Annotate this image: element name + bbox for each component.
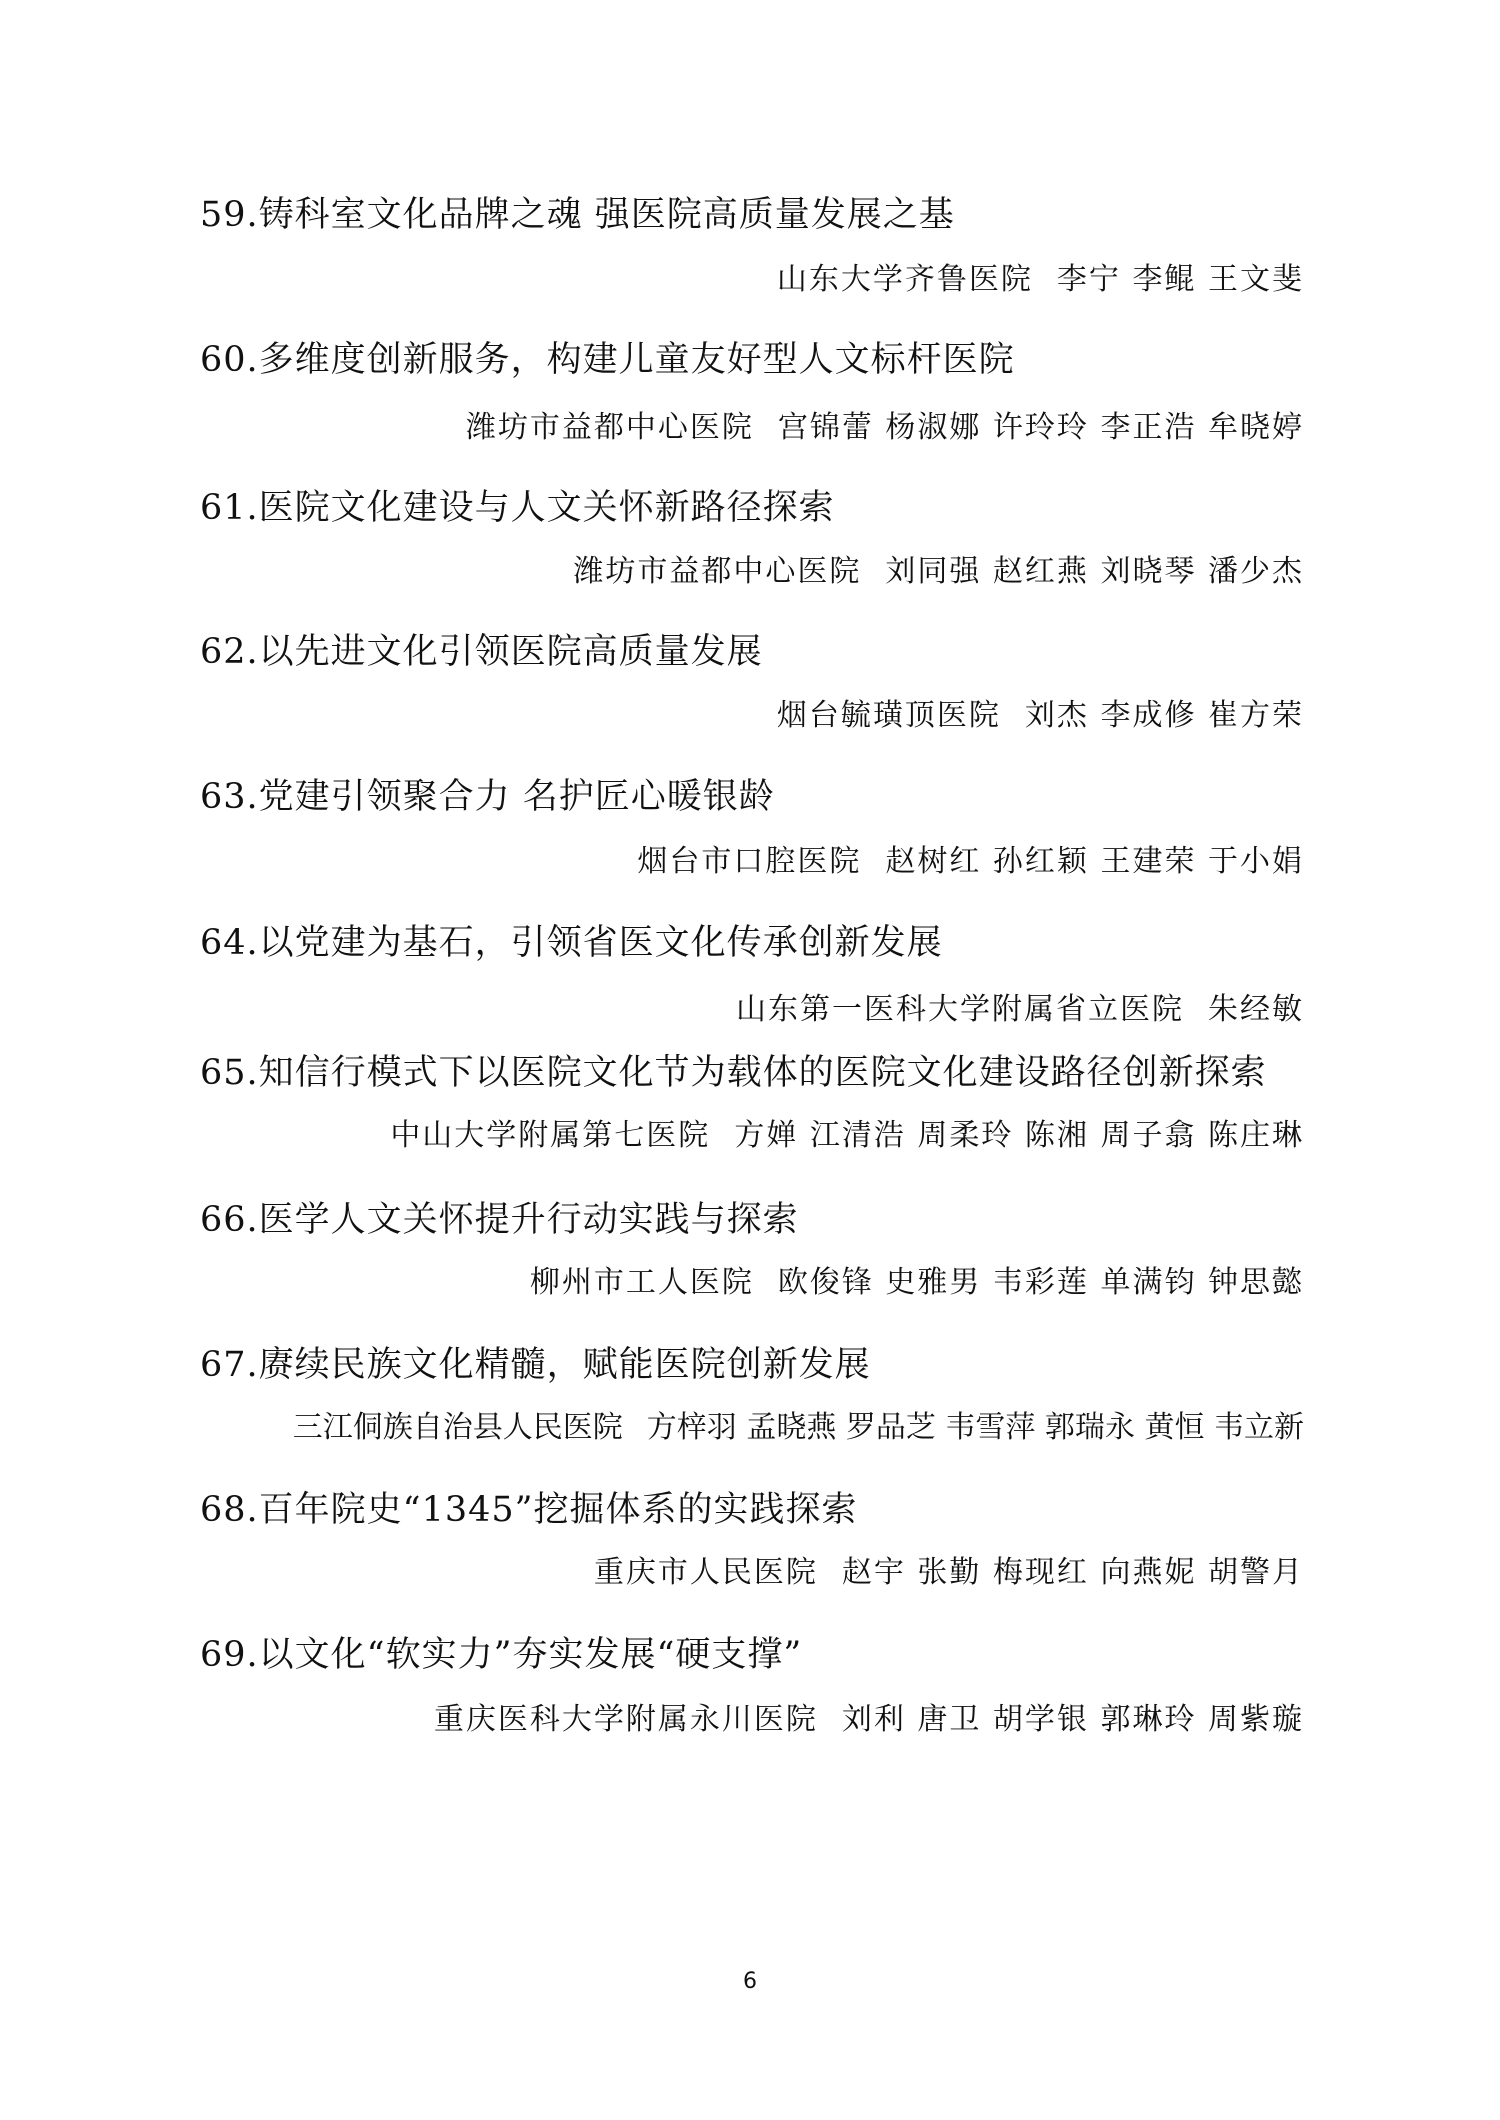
entry-author-line: 重庆医科大学附属永川医院刘利 唐卫 胡学银 郭琳玲 周紫璇 [434,1700,1304,1740]
entry-organization: 柳州市工人医院 [530,1265,754,1300]
entry-author-line: 中山大学附属第七医院方婵 江清浩 周柔玲 陈湘 周子翕 陈庄琳 [390,1116,1304,1156]
entry-author-line: 三江侗族自治县人民医院方梓羽 孟晓燕 罗品芝 韦雪萍 郭瑞永 黄恒 韦立新 [293,1408,1304,1448]
entry-author-line: 烟台毓璜顶医院刘杰 李成修 崔方荣 [777,696,1304,736]
entry-title-text: 赓续民族文化精髓，赋能医院创新发展 [259,1345,871,1385]
page-number: 6 [0,1966,1500,1998]
entry-title-text: 以文化“软实力”夯实发展“硬支撑” [259,1635,803,1675]
entry-number: 67. [200,1345,259,1385]
entry-title-text: 以党建为基石，引领省医文化传承创新发展 [259,923,943,963]
entry-organization: 山东第一医科大学附属省立医院 [736,992,1184,1027]
entry-organization: 中山大学附属第七医院 [390,1118,710,1153]
entry-authors: 方梓羽 孟晓燕 罗品芝 韦雪萍 郭瑞永 黄恒 韦立新 [647,1410,1304,1445]
entry-organization: 山东大学齐鲁医院 [777,262,1033,297]
document-page: 59.铸科室文化品牌之魂 强医院高质量发展之基 山东大学齐鲁医院李宁 李鲲 王文… [0,0,1500,2120]
entry-title-text: 医院文化建设与人文关怀新路径探索 [259,488,835,528]
entry-title-text: 铸科室文化品牌之魂 强医院高质量发展之基 [259,195,955,235]
entry-number: 69. [200,1635,259,1675]
entry-number: 63. [200,777,259,817]
entry-organization: 潍坊市益都中心医院 [573,554,861,589]
entry-authors: 刘利 唐卫 胡学银 郭琳玲 周紫璇 [842,1702,1304,1737]
entry-author-line: 山东大学齐鲁医院李宁 李鲲 王文斐 [777,260,1304,300]
entry-organization: 重庆市人民医院 [594,1555,818,1590]
entry-author-line: 山东第一医科大学附属省立医院朱经敏 [736,990,1304,1030]
entry-title: 66.医学人文关怀提升行动实践与探索 [200,1198,799,1242]
entry-authors: 赵宇 张勤 梅现红 向燕妮 胡警月 [842,1555,1304,1590]
entry-organization: 烟台市口腔医院 [637,844,861,879]
entry-title: 62.以先进文化引领医院高质量发展 [200,630,763,674]
entry-title: 68.百年院史“1345”挖掘体系的实践探索 [200,1488,858,1532]
entry-number: 66. [200,1200,259,1240]
entry-organization: 重庆医科大学附属永川医院 [434,1702,818,1737]
entry-authors: 刘杰 李成修 崔方荣 [1025,698,1304,733]
entry-number: 62. [200,632,259,672]
entry-title: 64.以党建为基石，引领省医文化传承创新发展 [200,921,943,965]
entry-title-text: 以先进文化引领医院高质量发展 [259,632,763,672]
entry-title-text: 医学人文关怀提升行动实践与探索 [259,1200,799,1240]
entry-authors: 赵树红 孙红颖 王建荣 于小娟 [885,844,1304,879]
entry-title: 67.赓续民族文化精髓，赋能医院创新发展 [200,1343,871,1387]
entry-title: 59.铸科室文化品牌之魂 强医院高质量发展之基 [200,193,955,237]
entry-title-text: 百年院史“1345”挖掘体系的实践探索 [259,1490,858,1530]
entry-author-line: 重庆市人民医院赵宇 张勤 梅现红 向燕妮 胡警月 [594,1553,1304,1593]
entry-number: 65. [200,1053,259,1093]
entry-title: 63.党建引领聚合力 名护匠心暖银龄 [200,775,775,819]
entry-title: 61.医院文化建设与人文关怀新路径探索 [200,486,835,530]
entry-organization: 潍坊市益都中心医院 [466,410,754,445]
entry-title-text: 多维度创新服务，构建儿童友好型人文标杆医院 [259,340,1015,380]
entry-title: 65.知信行模式下以医院文化节为载体的医院文化建设路径创新探索 [200,1051,1267,1095]
entry-author-line: 潍坊市益都中心医院宫锦蕾 杨淑娜 许玲玲 李正浩 牟晓婷 [466,408,1304,448]
entry-title: 69.以文化“软实力”夯实发展“硬支撑” [200,1633,802,1677]
entry-title-text: 知信行模式下以医院文化节为载体的医院文化建设路径创新探索 [259,1053,1267,1093]
entry-number: 61. [200,488,259,528]
entry-author-line: 潍坊市益都中心医院刘同强 赵红燕 刘晓琴 潘少杰 [573,552,1304,592]
entry-authors: 宫锦蕾 杨淑娜 许玲玲 李正浩 牟晓婷 [778,410,1304,445]
entry-number: 68. [200,1490,259,1530]
entry-title-text: 党建引领聚合力 名护匠心暖银龄 [259,777,775,817]
entry-number: 60. [200,340,259,380]
entry-number: 59. [200,195,259,235]
entry-number: 64. [200,923,259,963]
entry-author-line: 柳州市工人医院欧俊锋 史雅男 韦彩莲 单满钧 钟思懿 [530,1263,1304,1303]
entry-authors: 刘同强 赵红燕 刘晓琴 潘少杰 [885,554,1304,589]
entry-organization: 三江侗族自治县人民医院 [293,1410,623,1445]
entry-authors: 朱经敏 [1208,992,1304,1027]
entry-author-line: 烟台市口腔医院赵树红 孙红颖 王建荣 于小娟 [637,842,1304,882]
entry-authors: 方婵 江清浩 周柔玲 陈湘 周子翕 陈庄琳 [734,1118,1304,1153]
entry-authors: 欧俊锋 史雅男 韦彩莲 单满钧 钟思懿 [778,1265,1304,1300]
entry-title: 60.多维度创新服务，构建儿童友好型人文标杆医院 [200,338,1015,382]
entry-organization: 烟台毓璜顶医院 [777,698,1001,733]
entry-authors: 李宁 李鲲 王文斐 [1057,262,1304,297]
